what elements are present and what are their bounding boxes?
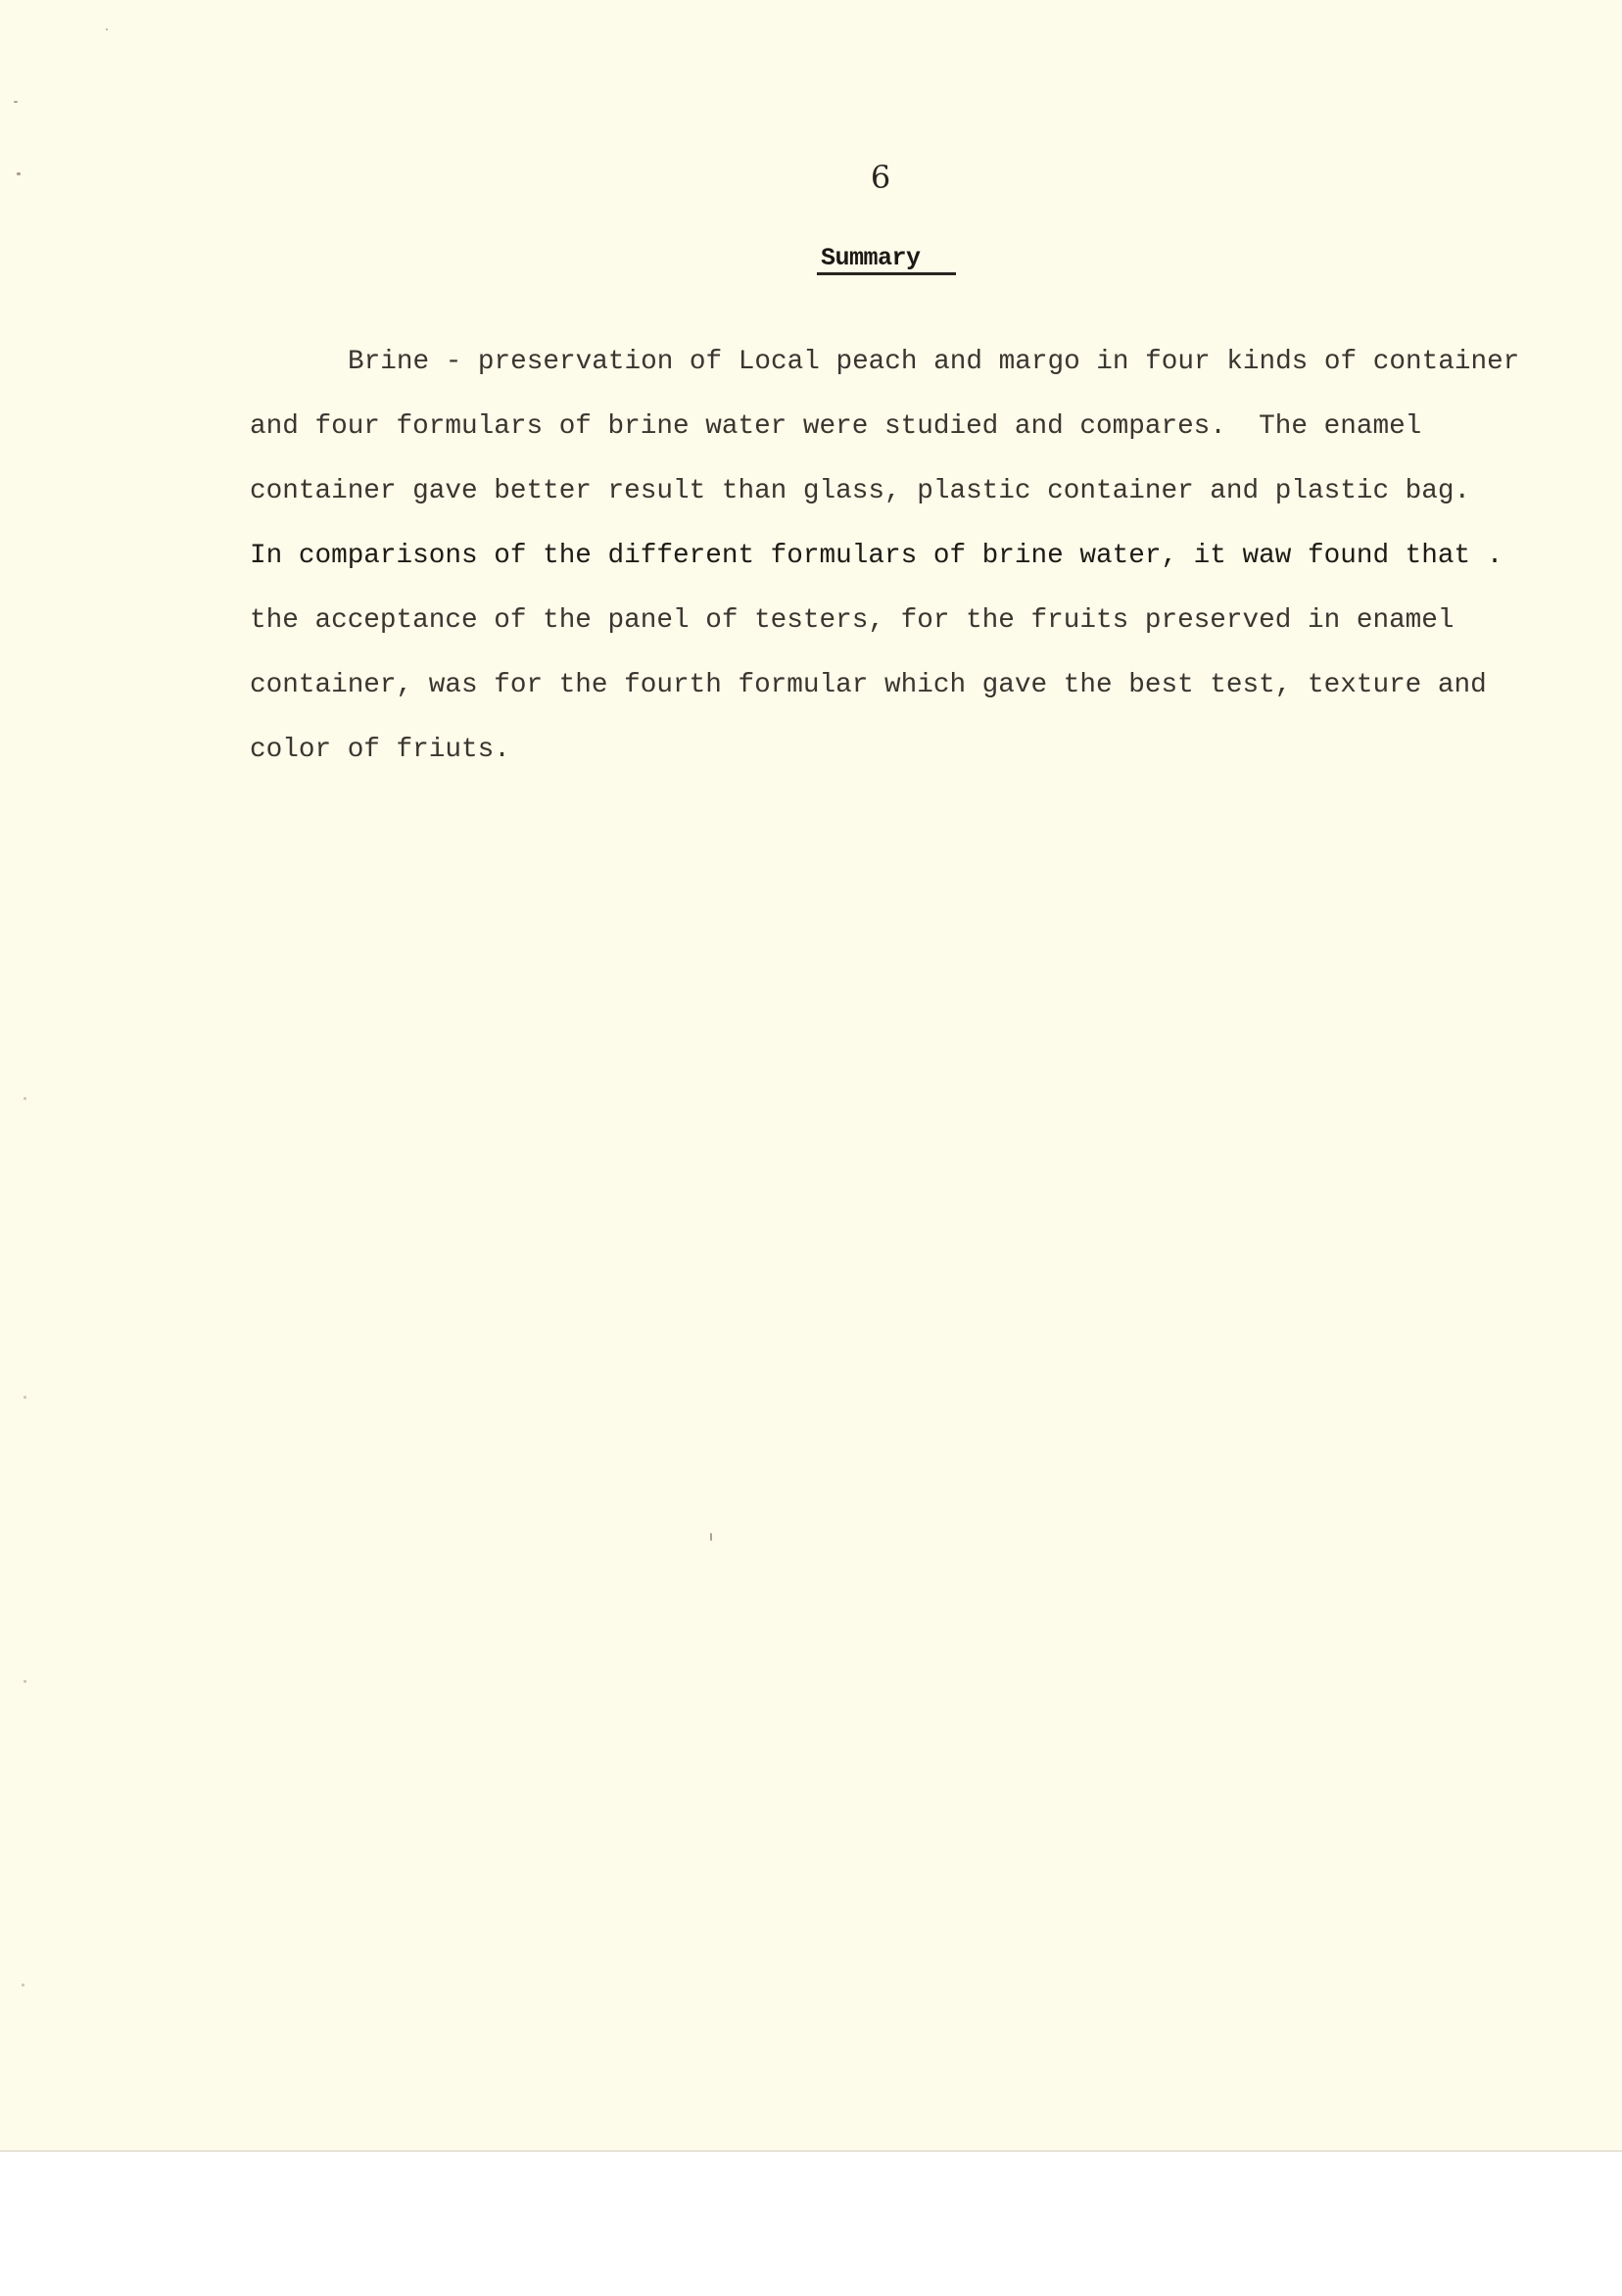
paper-speck	[14, 101, 18, 103]
paper-speck	[24, 1396, 26, 1399]
paper-speck	[22, 1984, 24, 1986]
heading-underline	[817, 272, 956, 275]
paragraph-line: color of friuts.	[250, 728, 1543, 792]
summary-heading: Summary	[821, 245, 921, 272]
paragraph-line: container gave better result than glass,…	[250, 469, 1543, 534]
page-number: 6	[870, 160, 891, 195]
paper-speck	[17, 172, 21, 175]
paragraph-line: Brine - preservation of Local peach and …	[250, 340, 1543, 405]
paragraph-line: the acceptance of the panel of testers, …	[250, 598, 1543, 663]
paper-speck	[710, 1533, 712, 1541]
paragraph-line: container, was for the fourth formular w…	[250, 663, 1543, 728]
paragraph-line: and four formulars of brine water were s…	[250, 405, 1543, 469]
summary-paragraph: Brine - preservation of Local peach and …	[250, 340, 1543, 792]
paragraph-line: In comparisons of the different formular…	[250, 534, 1543, 598]
paper-speck	[106, 28, 108, 30]
paper-speck	[24, 1097, 26, 1100]
paper-page: 6 Summary Brine - preservation of Local …	[0, 0, 1622, 2152]
paper-speck	[24, 1680, 26, 1683]
